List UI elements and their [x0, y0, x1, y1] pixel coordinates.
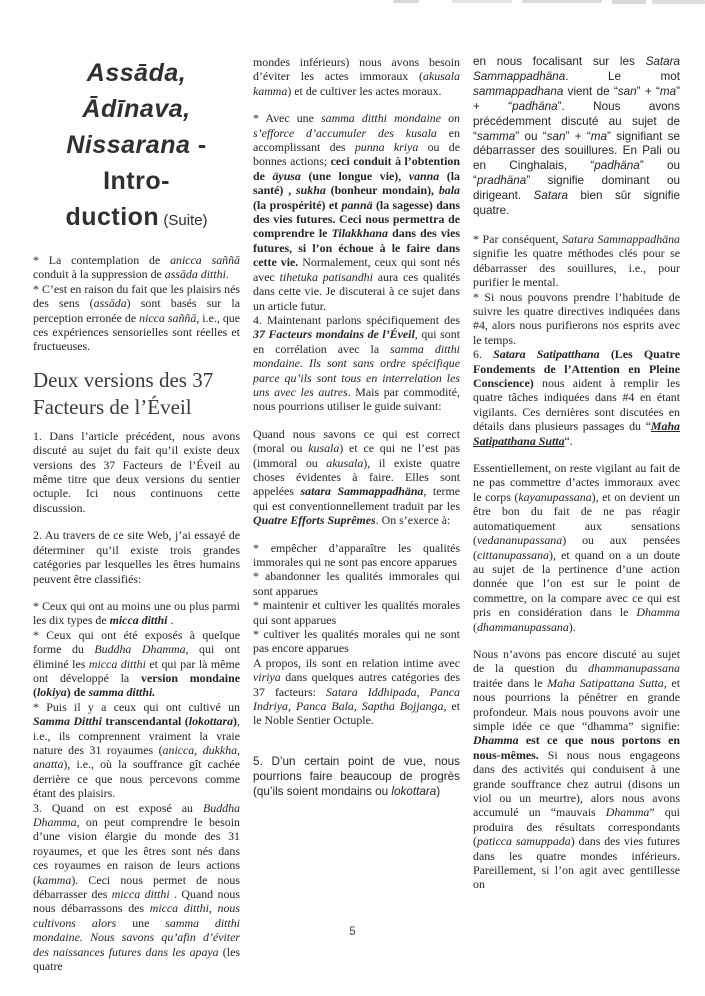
text-run: ma — [660, 85, 676, 98]
text-run: * Puis il y a ceux qui ont cultivé un — [33, 700, 240, 714]
paragraph: A propos, ils sont en relation intime av… — [253, 656, 460, 728]
text-run: ” + “ — [566, 130, 591, 143]
text-run: . Le mot — [565, 70, 680, 83]
text-run: san — [547, 130, 566, 143]
text-run: ” + “ — [637, 85, 660, 98]
paragraph: * Avec une samma ditthi mondaine on s’ef… — [253, 111, 460, 313]
text-run: padhäna — [512, 100, 558, 113]
text-run: lokottara — [189, 714, 233, 728]
text-run: * La contemplation de — [33, 253, 170, 267]
content-columns: Assāda, Ādīnava,Nissarana - Intro-ductio… — [33, 55, 679, 973]
column-1: Assāda, Ādīnava,Nissarana - Intro-ductio… — [33, 55, 240, 973]
text-run: * abandonner les qualités immorales qui … — [253, 569, 460, 597]
paragraph: en nous focalisant sur les Satara Sammap… — [473, 55, 680, 219]
text-run: dhammanupassana — [588, 661, 680, 675]
text-run: kusala — [308, 441, 339, 455]
title-line: duction (Suite) — [33, 199, 240, 239]
text-run: * Avec une — [253, 111, 321, 125]
text-run: kayanupassana — [518, 490, 591, 504]
paragraph: 6. Satara Satipatthana (Les Quatre Fonde… — [473, 347, 680, 448]
text-run: satara Sammappadhäna — [301, 484, 424, 498]
text-run: paticca samuppada — [477, 834, 571, 848]
text-run: duction — [65, 203, 159, 231]
paragraph: 5. D’un certain point de vue, nous pourr… — [253, 755, 460, 800]
text-run: . — [226, 267, 229, 281]
paragraph: Nous n’avons pas encore discuté au sujet… — [473, 647, 680, 892]
text-run: ). — [569, 620, 576, 634]
text-run: 4. Maintenant parlons spécifiquement des — [253, 313, 460, 327]
paragraph: Essentiellement, on reste vigilant au fa… — [473, 461, 680, 634]
text-run: (Suite) — [159, 212, 207, 229]
text-run: vanna — [409, 169, 439, 183]
paragraph: 4. Maintenant parlons spécifiquement des… — [253, 313, 460, 414]
title-line: Nissarana - Intro- — [33, 127, 240, 199]
paragraph: * C’est en raison du fait que les plaisi… — [33, 282, 240, 354]
scan-artifact — [522, 0, 602, 3]
paragraph: 2. Au travers de ce site Web, j’ai essay… — [33, 528, 240, 586]
paragraph: * Puis il y a ceux qui ont cultivé un Sa… — [33, 700, 240, 801]
text-run: 1. Dans l’article précédent, nous avons … — [33, 429, 240, 515]
text-run: lokottara — [391, 785, 436, 798]
text-run: sammappadhana — [473, 85, 563, 98]
text-run: 3. Quand on est exposé au — [33, 801, 203, 815]
paragraph: Quand nous savons ce qui est correct (mo… — [253, 427, 460, 528]
paragraph: * Ceux qui ont été exposés à quelque for… — [33, 628, 240, 700]
paragraph: * abandonner les qualités immorales qui … — [253, 569, 460, 598]
text-run: dhammanupassana — [477, 620, 569, 634]
paragraph: * cultiver les qualités morales qui ne s… — [253, 627, 460, 656]
text-run: Assāda, Ādīnava, — [82, 59, 190, 123]
paragraph: 3. Quand on est exposé au Buddha Dhamma,… — [33, 801, 240, 974]
column-2: mondes inférieurs) nous avons besoin d’é… — [253, 55, 460, 973]
text-run: assāda ditthi — [165, 267, 226, 281]
text-run: micca ditthi — [89, 657, 146, 671]
text-run: traitée dans le — [473, 676, 547, 690]
paragraph: * empêcher d’apparaître les qualités imm… — [253, 541, 460, 570]
text-run: (une longue vie), — [301, 169, 409, 183]
text-run: transcendantal ( — [102, 714, 189, 728]
title-line: Assāda, Ādīnava, — [33, 55, 240, 127]
text-run: ) et de cultiver les actes moraux. — [287, 84, 441, 98]
paragraph: mondes inférieurs) nous avons besoin d’é… — [253, 55, 460, 98]
text-run: ) — [436, 785, 440, 798]
text-run: * Par conséquent, — [473, 232, 562, 246]
text-run: anicca saññā — [170, 253, 240, 267]
text-run: äyusa — [272, 169, 300, 183]
text-run: padhäna — [594, 159, 640, 172]
text-run: Dhamma — [636, 605, 680, 619]
text-run: vient de “ — [563, 85, 617, 98]
text-run: ), i.e., où la souffrance gît cachée der… — [33, 757, 240, 800]
text-run: pradhäna — [477, 174, 526, 187]
scan-artifact — [652, 0, 705, 4]
text-run: assāda — [94, 296, 127, 310]
paragraph: 1. Dans l’article précédent, nous avons … — [33, 429, 240, 515]
page-number: 5 — [0, 926, 705, 938]
text-run: Tilakkhana — [332, 226, 388, 240]
text-run: . — [167, 613, 173, 627]
text-run: Quatre Efforts Suprêmes — [253, 513, 376, 527]
text-run: kamma — [37, 873, 71, 887]
text-run: micca ditthi — [112, 887, 170, 901]
text-run: ” ou “ — [515, 130, 546, 143]
text-run: Dhamma — [606, 805, 650, 819]
text-run: sukha — [296, 183, 326, 197]
text-run: * empêcher d’apparaître les qualités imm… — [253, 541, 460, 569]
text-run: tihetuka patisandhi — [280, 270, 373, 284]
column-3: en nous focalisant sur les Satara Sammap… — [473, 55, 680, 973]
text-run: punna kriya — [355, 140, 418, 154]
text-run: conduit à la suppression de — [33, 267, 165, 281]
text-run: (bonheur mondain), — [326, 183, 439, 197]
paragraph: * La contemplation de anicca saññā condu… — [33, 253, 240, 282]
document-page: Assāda, Ādīnava,Nissarana - Intro-ductio… — [0, 0, 705, 996]
scan-artifact — [612, 0, 646, 4]
text-run: nicca saññā — [139, 311, 196, 325]
text-run: Dhamma — [473, 733, 519, 747]
paragraph: * Si nous pouvons prendre l’habitude de … — [473, 290, 680, 348]
text-run: san — [618, 85, 637, 98]
text-run: Satara — [534, 189, 568, 202]
text-run: cittanupassana — [477, 548, 549, 562]
text-run: ma — [591, 130, 607, 143]
text-run: lokiya — [37, 685, 67, 699]
text-run: vedananupassana — [477, 533, 562, 547]
text-run: (la prospérité) et — [253, 198, 342, 212]
text-run: A propos, ils sont en relation intime av… — [253, 656, 460, 670]
text-run: signifie les quatre méthodes clés pour s… — [473, 246, 680, 289]
text-run: * maintenir et cultiver les qualités mor… — [253, 598, 460, 626]
text-run: micca ditthi — [110, 613, 168, 627]
text-run: Samma Ditthi — [33, 714, 102, 728]
text-run: 2. Au travers de ce site Web, j’ai essay… — [33, 528, 240, 585]
text-run: . On s’exerce à: — [376, 513, 451, 527]
text-run: “. — [565, 434, 573, 448]
text-run: viriya — [253, 670, 281, 684]
text-run: ) de — [67, 685, 89, 699]
text-run: samma — [477, 130, 515, 143]
text-run: en nous focalisant sur les — [473, 55, 646, 68]
text-run: Satara Satipatthana — [493, 347, 599, 361]
paragraph: * maintenir et cultiver les qualités mor… — [253, 598, 460, 627]
text-run: pannä — [342, 198, 373, 212]
section-heading: Deux versions des 37 Facteurs de l’Éveil — [33, 367, 240, 421]
text-run: Satara Sammappadhäna — [562, 232, 680, 246]
paragraph: * Par conséquent, Satara Sammappadhäna s… — [473, 232, 680, 290]
text-run: 37 Facteurs mondains de l’Éveil — [253, 327, 415, 341]
text-run: * Si nous pouvons prendre l’habitude de … — [473, 290, 680, 347]
article-title: Assāda, Ādīnava,Nissarana - Intro-ductio… — [33, 55, 240, 239]
text-run: Nissarana — [66, 131, 190, 159]
scan-artifact — [452, 0, 512, 3]
text-run: bala — [439, 183, 460, 197]
text-run: samma ditthi. — [89, 685, 156, 699]
text-run: akusala — [326, 456, 363, 470]
text-run: 6. — [473, 347, 493, 361]
text-run: Buddha Dhamma — [94, 642, 185, 656]
paragraph: * Ceux qui ont au moins une ou plus parm… — [33, 599, 240, 628]
text-run: Maha Satipattana Sutta — [547, 676, 663, 690]
text-run: * cultiver les qualités morales qui ne s… — [253, 627, 460, 655]
scan-artifact — [393, 0, 419, 3]
